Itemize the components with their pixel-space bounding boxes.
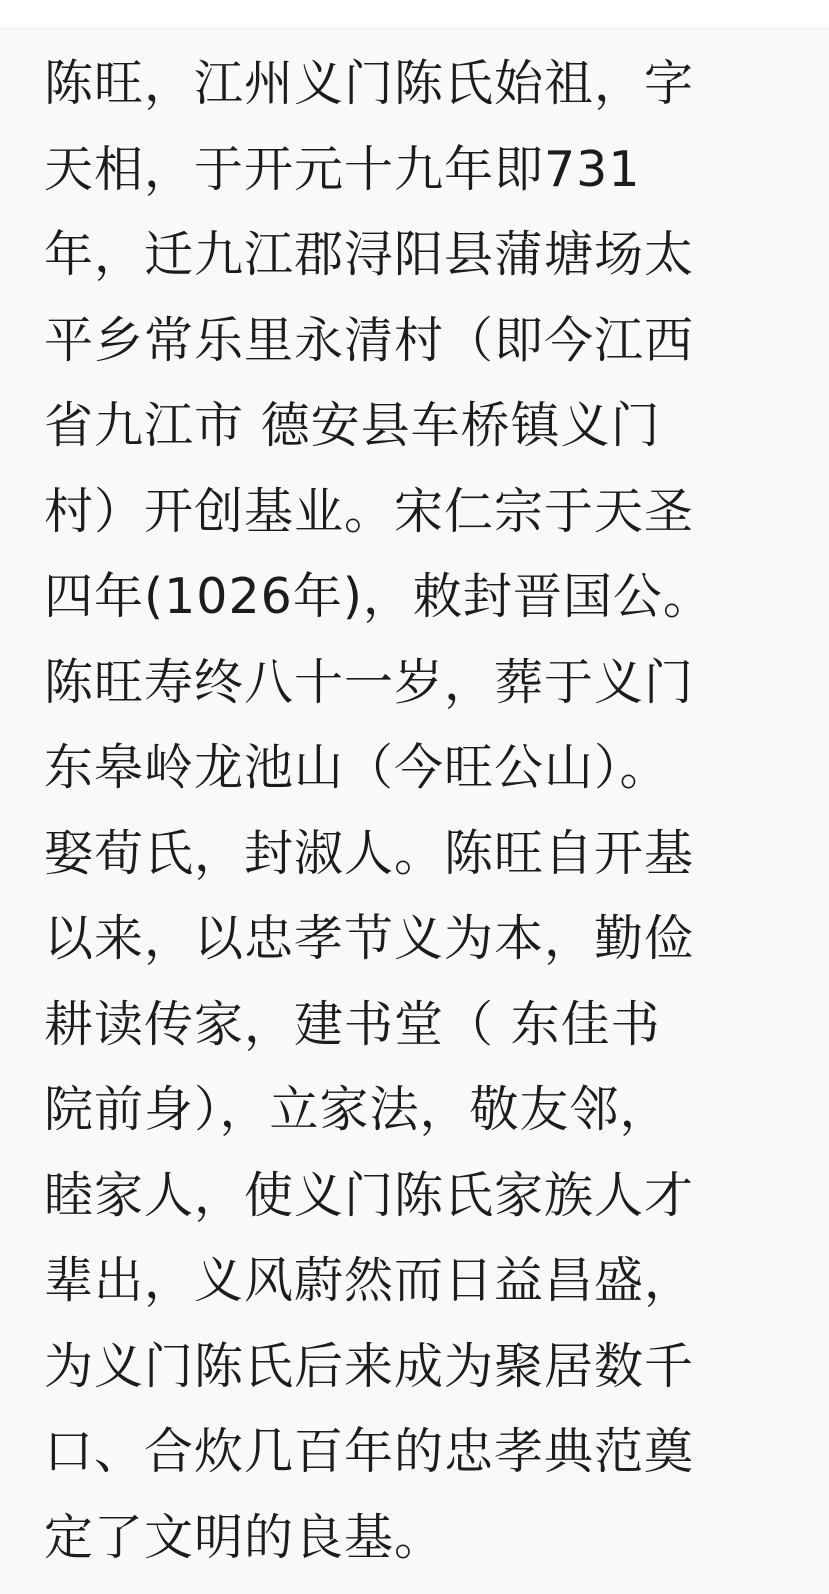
text-line: 定了文明的良基。 — [44, 1495, 784, 1581]
text-line: 院前身），立家法，敬友邻， — [44, 1067, 784, 1153]
text-line: 口、合炊几百年的忠孝典范奠 — [44, 1409, 784, 1495]
text-line: 省九江市 德安县车桥镇义门 — [44, 383, 784, 469]
text-line: 以来，以忠孝节义为本，勤俭 — [44, 896, 784, 982]
text-line: 天相，于开元十九年即731 — [44, 127, 784, 213]
text-line: 四年(1026年)，敕封晋国公。 — [44, 554, 784, 640]
text-line: 为义门陈氏后来成为聚居数千 — [44, 1324, 784, 1410]
text-line: 辈出，义风蔚然而日益昌盛， — [44, 1238, 784, 1324]
top-bar — [0, 0, 829, 29]
text-line: 娶荀氏，封淑人。陈旺自开基 — [44, 811, 784, 897]
text-line: 睦家人，使义门陈氏家族人才 — [44, 1153, 784, 1239]
text-line: 陈旺寿终八十一岁，葬于义门 — [44, 640, 784, 726]
article-body: 陈旺，江州义门陈氏始祖，字 天相，于开元十九年即731 年，迁九江郡浔阳县蒲塘场… — [0, 29, 829, 1594]
text-line: 东皋岭龙池山（今旺公山）。 — [44, 725, 784, 811]
text-line: 村）开创基业。宋仁宗于天圣 — [44, 469, 784, 555]
text-line: 陈旺，江州义门陈氏始祖，字 — [44, 41, 784, 127]
text-line: 年，迁九江郡浔阳县蒲塘场太 — [44, 212, 784, 298]
text-line: 平乡常乐里永清村（即今江西 — [44, 298, 784, 384]
text-line: 耕读传家，建书堂（ 东佳书 — [44, 982, 784, 1068]
article-text: 陈旺，江州义门陈氏始祖，字 天相，于开元十九年即731 年，迁九江郡浔阳县蒲塘场… — [44, 41, 784, 1580]
